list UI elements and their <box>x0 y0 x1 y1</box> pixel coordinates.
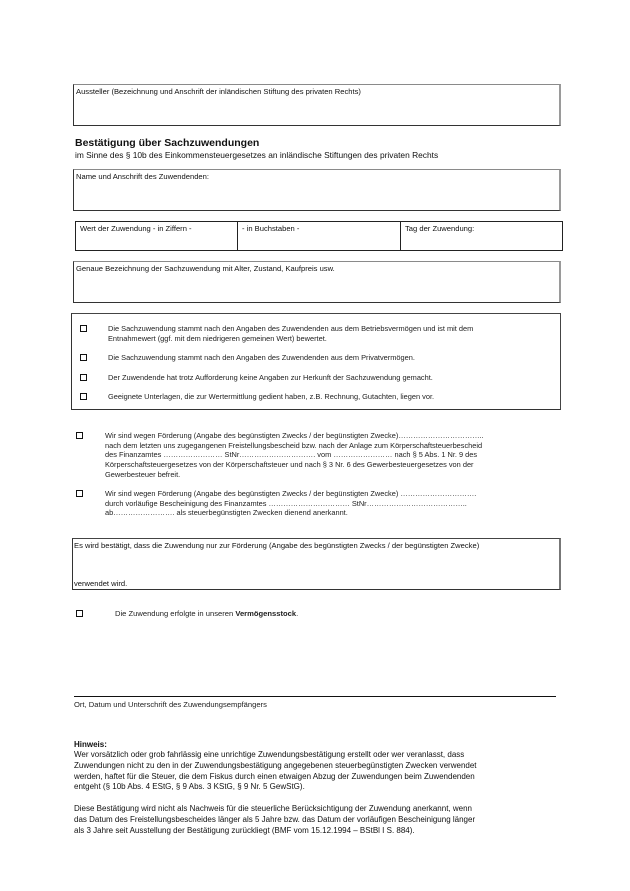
origin-option-line: Entnahmewert (ggf. mit dem niedrigeren g… <box>108 334 473 344</box>
origin-option-line: Der Zuwendende hat trotz Aufforderung ke… <box>108 373 433 383</box>
signature-line[interactable] <box>74 696 556 697</box>
donation-date-field[interactable]: Tag der Zuwendung: <box>401 222 562 250</box>
endowment-text-bold: Vermögensstock <box>235 609 296 618</box>
origin-option-text: Die Sachzuwendung stammt nach den Angabe… <box>108 324 473 343</box>
notice-line: als 3 Jahre seit Ausstellung der Bestäti… <box>74 826 475 837</box>
description-label: Genaue Bezeichnung der Sachzuwendung mit… <box>76 264 335 274</box>
exemption-option-checkbox[interactable] <box>76 490 83 497</box>
description-field[interactable]: Genaue Bezeichnung der Sachzuwendung mit… <box>73 261 561 303</box>
donor-field[interactable]: Name und Anschrift des Zuwendenden: <box>73 169 561 211</box>
notice-line: werden, haftet für die Steuer, die dem F… <box>74 772 477 783</box>
exemption-option-checkbox[interactable] <box>76 432 83 439</box>
donor-label: Name und Anschrift des Zuwendenden: <box>76 172 209 182</box>
issuer-label: Aussteller (Bezeichnung und Anschrift de… <box>76 87 361 97</box>
notice-paragraph-1: Wer vorsätzlich oder grob fahrlässig ein… <box>74 750 477 793</box>
page-subtitle: im Sinne des § 10b des Einkommensteuerge… <box>75 150 438 160</box>
origin-option-text: Geeignete Unterlagen, die zur Wertermitt… <box>108 392 434 402</box>
exemption-option-line: Wir sind wegen Förderung (Angabe des beg… <box>105 489 476 499</box>
confirmation-field[interactable]: Es wird bestätigt, dass die Zuwendung nu… <box>72 538 561 590</box>
endowment-text: Die Zuwendung erfolgte in unseren Vermög… <box>115 609 298 619</box>
notice-line: entgeht (§ 10b Abs. 4 EStG, § 9 Abs. 3 K… <box>74 782 477 793</box>
notice-line: das Datum des Freistellungsbescheides lä… <box>74 815 475 826</box>
endowment-text-before: Die Zuwendung erfolgte in unseren <box>115 609 235 618</box>
confirmation-line1: Es wird bestätigt, dass die Zuwendung nu… <box>74 541 479 551</box>
confirmation-line2: verwendet wird. <box>74 579 127 589</box>
origin-option-line: Geeignete Unterlagen, die zur Wertermitt… <box>108 392 434 402</box>
origin-option-line: Die Sachzuwendung stammt nach den Angabe… <box>108 353 415 363</box>
origin-options-group: Die Sachzuwendung stammt nach den Angabe… <box>71 313 561 410</box>
exemption-option-line: durch vorläufige Bescheinigung des Finan… <box>105 499 476 509</box>
value-in-digits-label: Wert der Zuwendung - in Ziffern - <box>80 224 192 234</box>
exemption-option-text: Wir sind wegen Förderung (Angabe des beg… <box>105 489 476 518</box>
value-in-words-field[interactable]: - in Buchstaben - <box>238 222 401 250</box>
signature-label: Ort, Datum und Unterschrift des Zuwendun… <box>74 700 267 710</box>
origin-option-text: Die Sachzuwendung stammt nach den Angabe… <box>108 353 415 363</box>
origin-option-checkbox[interactable] <box>80 325 87 332</box>
origin-option-text: Der Zuwendende hat trotz Aufforderung ke… <box>108 373 433 383</box>
value-in-words-label: - in Buchstaben - <box>242 224 299 234</box>
exemption-option-text: Wir sind wegen Förderung (Angabe des beg… <box>105 431 484 480</box>
exemption-option-line: Wir sind wegen Förderung (Angabe des beg… <box>105 431 484 441</box>
origin-option-checkbox[interactable] <box>80 393 87 400</box>
origin-option-checkbox[interactable] <box>80 354 87 361</box>
exemption-option-line: Gewerbesteuer befreit. <box>105 470 484 480</box>
notice-line: Diese Bestätigung wird nicht als Nachwei… <box>74 804 475 815</box>
issuer-field[interactable]: Aussteller (Bezeichnung und Anschrift de… <box>73 84 561 126</box>
exemption-option-line: Körperschaftsteuergesetzes von der Körpe… <box>105 460 484 470</box>
value-row: Wert der Zuwendung - in Ziffern - - in B… <box>75 221 563 251</box>
value-in-digits-field[interactable]: Wert der Zuwendung - in Ziffern - <box>76 222 238 250</box>
notice-line: Wer vorsätzlich oder grob fahrlässig ein… <box>74 750 477 761</box>
origin-option-checkbox[interactable] <box>80 374 87 381</box>
endowment-text-after: . <box>296 609 298 618</box>
notice-line: Zuwendungen nicht zu den in der Zuwendun… <box>74 761 477 772</box>
exemption-option-line: nach dem letzten uns zugegangenen Freist… <box>105 441 484 451</box>
donation-date-label: Tag der Zuwendung: <box>405 224 474 234</box>
exemption-option-line: ab……………………. als steuerbegünstigten Zweck… <box>105 508 476 518</box>
page-title: Bestätigung über Sachzuwendungen <box>75 137 259 149</box>
origin-option-line: Die Sachzuwendung stammt nach den Angabe… <box>108 324 473 334</box>
notice-paragraph-2: Diese Bestätigung wird nicht als Nachwei… <box>74 804 475 836</box>
exemption-option-line: des Finanzamtes …………………… StNr………………………….… <box>105 450 484 460</box>
endowment-checkbox[interactable] <box>76 610 83 617</box>
